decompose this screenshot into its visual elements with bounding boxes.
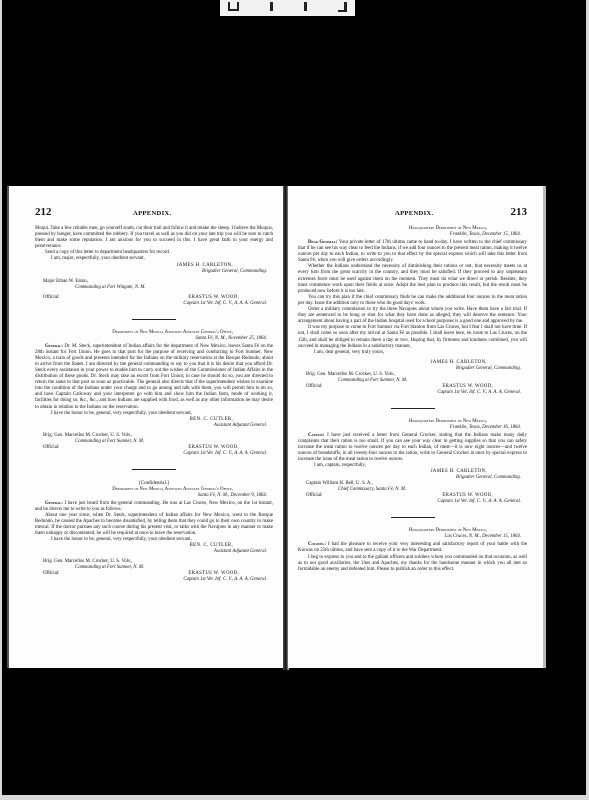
page-number: 212 bbox=[35, 206, 52, 218]
official-label: Official: bbox=[43, 571, 59, 577]
letter-paragraph: You can try this plan if the chief commi… bbox=[298, 295, 527, 307]
official-label: Official: bbox=[43, 445, 59, 451]
running-head-title: APPENDIX. bbox=[298, 210, 511, 217]
letter: Headquarters Department of New Mexico, F… bbox=[298, 226, 527, 396]
letter-paragraph: General: Dr. M. Steck, superintendent of… bbox=[35, 344, 273, 411]
letter: Headquarters Department of New Mexico, L… bbox=[298, 528, 527, 572]
section-rule bbox=[391, 408, 435, 409]
right-page: APPENDIX. 213 Headquarters Department of… bbox=[288, 186, 546, 668]
page-number: 213 bbox=[511, 206, 528, 218]
confidential-marker: [Confidential.] bbox=[35, 480, 273, 487]
target-mark bbox=[228, 2, 239, 11]
official-title: Captain 1st Vet. Inf. C. V., A. A. A. Ge… bbox=[298, 499, 527, 505]
letter-paragraph: Moqui. Take a few reliable men, go yours… bbox=[35, 226, 273, 250]
salutation: Captain: bbox=[308, 433, 324, 438]
official-title: Captain 1st Vet. Inf. C. V., A. A. A. Ge… bbox=[35, 301, 273, 307]
official-label: Official: bbox=[306, 384, 322, 390]
letter: Moqui. Take a few reliable men, go yours… bbox=[35, 226, 273, 307]
official-name: ERASTUS W. WOOD, bbox=[188, 295, 273, 301]
letter-paragraph: I beg to express to you and to the galla… bbox=[298, 555, 527, 573]
section-rule bbox=[132, 469, 176, 470]
letter-paragraph: It was my purpose to come to Fort Sumner… bbox=[298, 325, 527, 349]
scan-border-left bbox=[0, 0, 2, 800]
official-title: Captain 1st Vet. Inf. C. V., A. A. A. Ge… bbox=[35, 451, 273, 457]
running-head: 212 APPENDIX. bbox=[35, 206, 273, 218]
official-name: ERASTUS W. WOOD, bbox=[442, 384, 527, 390]
target-mark bbox=[338, 2, 347, 12]
salutation: Colonel: bbox=[308, 542, 326, 547]
running-head: APPENDIX. 213 bbox=[298, 206, 527, 218]
dateline-place-date: Franklin, Texas, December 15, 1864. bbox=[298, 232, 527, 238]
target-mark bbox=[270, 2, 273, 11]
official-label: Official: bbox=[306, 493, 322, 499]
letter: [Confidential.] Department of New Mexico… bbox=[35, 480, 273, 584]
salutation: General: bbox=[45, 344, 63, 349]
section-rule bbox=[391, 517, 435, 518]
official-name: ERASTUS W. WOOD, bbox=[188, 445, 273, 451]
letter-body: I had the pleasure to receive your very … bbox=[298, 542, 527, 553]
letter-paragraph: About one year since, when Dr. Steck, su… bbox=[35, 513, 273, 537]
dateline-place-date: Santa Fé, N. M., November 25, 1864. bbox=[35, 336, 273, 342]
dateline-place-date: Franklin, Texas, December 16, 1864. bbox=[298, 425, 527, 431]
salutation: General: bbox=[45, 501, 63, 506]
running-head-title: APPENDIX. bbox=[52, 210, 274, 217]
official-title: Captain 1st Vet. Inf. C. V., A. A. A. Ge… bbox=[298, 390, 527, 396]
letter-paragraph: General: I have just heard from the gene… bbox=[35, 501, 273, 513]
scan-target-strip bbox=[220, 0, 355, 16]
letter-body: I have just received a letter from Gener… bbox=[298, 433, 527, 462]
scan-border-bottom bbox=[0, 795, 589, 800]
letter-paragraph: Dear General: Your private letter of 17t… bbox=[298, 240, 527, 264]
letter-body: I have just heard from the general comma… bbox=[35, 501, 273, 512]
dateline-place-date: Las Cruces, N. M., December 15, 1864. bbox=[298, 534, 527, 540]
section-rule bbox=[132, 319, 176, 320]
target-mark bbox=[304, 2, 307, 11]
letter-paragraph: Captain: I have just received a letter f… bbox=[298, 433, 527, 463]
letter: Department of New Mexico, Assistant Adju… bbox=[35, 330, 273, 457]
letter-body: Dr. M. Steck, superintendent of Indian a… bbox=[35, 344, 273, 410]
letter: Headquarters Department of New Mexico, F… bbox=[298, 419, 527, 506]
official-title: Captain 1st Vet. Inf. C. V., A. A. A. Ge… bbox=[35, 577, 273, 583]
letter-paragraph: Colonel: I had the pleasure to receive y… bbox=[298, 542, 527, 554]
official-label: Official: bbox=[43, 295, 59, 301]
letter-paragraph: Order a military commission to try the t… bbox=[298, 307, 527, 325]
letter-paragraph: Whether the Indians understand the neces… bbox=[298, 264, 527, 294]
salutation: Dear General: bbox=[308, 240, 337, 245]
left-page: 212 APPENDIX. Moqui. Take a few reliable… bbox=[7, 186, 285, 668]
dateline-place-date: Santa Fé, N. M., December 9, 1864. bbox=[35, 493, 273, 499]
